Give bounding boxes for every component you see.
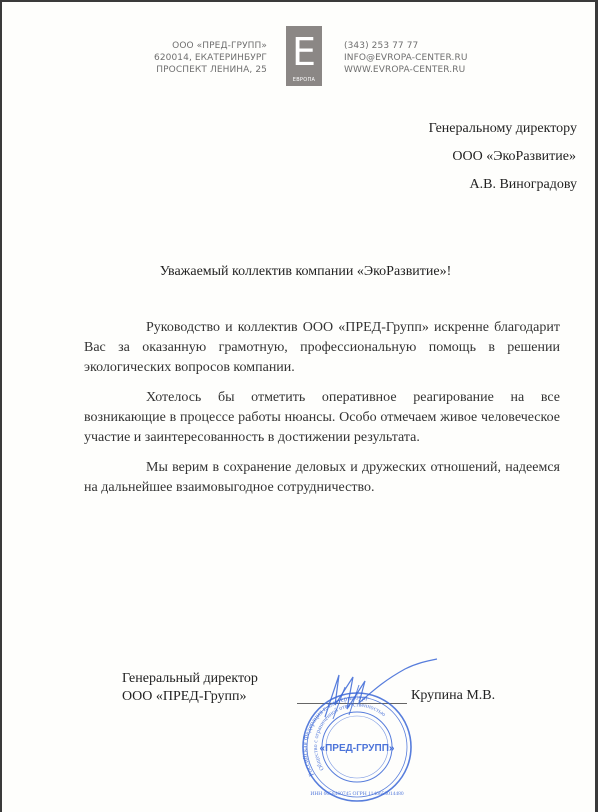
- stamp-center-text: «ПРЕД-ГРУПП»: [320, 743, 395, 754]
- addressee-company: ООО «ЭкоРазвитие»: [429, 148, 577, 176]
- paragraph: Мы верим в сохранение деловых и дружески…: [84, 458, 560, 498]
- signatory-position: Генеральный директор: [122, 670, 258, 688]
- paragraph: Хотелось бы отметить оперативное реагиро…: [84, 388, 560, 448]
- letterhead-email: INFO@EVROPA-CENTER.RU: [344, 52, 468, 64]
- logo-caption: ЕВРОПА: [286, 77, 322, 83]
- paragraph: Руководство и коллектив ООО «ПРЕД-Групп»…: [84, 318, 560, 378]
- stamp-ring-bottom: ИНН 6658460745 ОГРН 1146658014480: [310, 791, 404, 797]
- addressee-block: Генеральному директору ООО «ЭкоРазвитие»…: [429, 120, 577, 204]
- letterhead-city: 620014, ЕКАТЕРИНБУРГ: [142, 52, 267, 64]
- addressee-position: Генеральному директору: [429, 120, 577, 148]
- letterhead-website: WWW.EVROPA-CENTER.RU: [344, 64, 468, 76]
- addressee-name: А.В. Виноградову: [429, 176, 577, 204]
- signatory-company: ООО «ПРЕД-Групп»: [122, 688, 258, 706]
- signatory-title: Генеральный директор ООО «ПРЕД-Групп»: [122, 670, 258, 706]
- letterhead-phone: (343) 253 77 77: [344, 40, 468, 52]
- letter-page: ООО «ПРЕД-ГРУПП» 620014, ЕКАТЕРИНБУРГ ПР…: [2, 2, 595, 812]
- company-stamp-and-signature: Российская Федерация г. Екатеринбург Общ…: [287, 657, 447, 807]
- evropa-logo: E ЕВРОПА: [286, 26, 322, 86]
- letterhead-company-block: ООО «ПРЕД-ГРУПП» 620014, ЕКАТЕРИНБУРГ ПР…: [142, 40, 267, 76]
- letterhead-contacts-block: (343) 253 77 77 INFO@EVROPA-CENTER.RU WW…: [344, 40, 468, 76]
- letter-body: Руководство и коллектив ООО «ПРЕД-Групп»…: [84, 318, 560, 508]
- letterhead-company-name: ООО «ПРЕД-ГРУПП»: [142, 40, 267, 52]
- letterhead-street: ПРОСПЕКТ ЛЕНИНА, 25: [142, 64, 267, 76]
- greeting: Уважаемый коллектив компании «ЭкоРазвити…: [2, 264, 595, 280]
- logo-letter: E: [286, 32, 322, 72]
- signatory-name: Крупина М.В.: [411, 688, 495, 704]
